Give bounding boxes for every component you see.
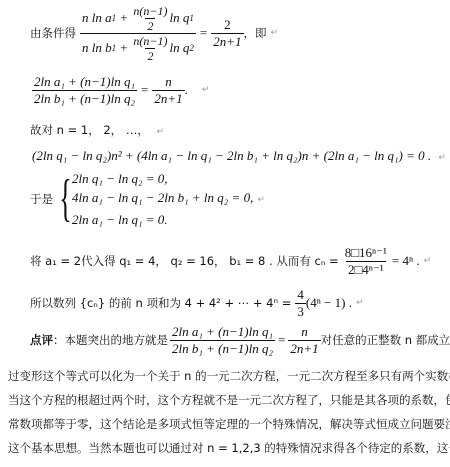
return-mark-icon: ↵ [157,127,165,137]
comment-paragraph-2: 当这个方程的根超过两个时，这个方程就不是一元二次方程了，只能是其各项的系数，包括 [8,392,450,408]
equation-quadratic: (2ln q₁ − ln q₂)n² + (4ln a₁ − ln q₁ − 2… [32,148,446,164]
left-brace-icon: { [59,173,71,225]
comment-paragraph-4: 这个基本思想。当然本题也可以通过对 n = 1,2,3 的特殊情况求得各个待定的… [8,440,450,456]
return-mark-icon: ↵ [202,85,210,95]
equation-system: 于是 { 2ln q₁ − ln q₂ = 0, 4ln a₁ − ln q₁ … [30,170,265,228]
comment-paragraph-3: 常数项都等于零，这个结论是多项式恒等定理的一个特殊情况，解决等式恒成立问题要注意 [8,416,450,432]
return-mark-icon: ↵ [424,256,432,266]
return-mark-icon: ↵ [356,298,364,308]
equation-substitution: 将 a₁ = 2代入得 q₁ = 4， q₂ = 16， b₁ = 8 . 从而… [30,243,431,279]
return-mark-icon: ↵ [271,28,279,38]
comment-heading-line: 点评 ：本题突出的地方就是 2ln a₁ + (n−1)ln q₁ 2ln b₁… [30,322,450,358]
text-for-n: 故对 n = 1， 2， …， ↵ [30,122,164,138]
equation-simplified: 2ln a₁ + (n−1)ln q₁ 2ln b₁ + (n−1)ln q₂ … [32,72,209,108]
equation-condition: 由条件得 n ln a1 + n(n−1)2 ln q1 n ln b1 + n… [30,4,278,62]
fraction-main: n ln a1 + n(n−1)2 ln q1 n ln b1 + n(n−1)… [80,4,196,63]
return-mark-icon: ↵ [257,195,265,205]
return-mark-icon: ↵ [438,153,446,163]
text-prefix: 由条件得 [30,25,76,41]
comment-paragraph-1: 过变形这个等式可以化为一个关于 n 的一元二次方程，一元二次方程至多只有两个实数… [8,368,450,384]
fraction-rhs: 2 2n+1 [211,17,243,50]
comment-label: 点评 [30,332,53,348]
equation-sum: 所以数列 {cₙ} 的前 n 项和为 4 + 4² + ⋯ + 4ⁿ = 4 3… [30,285,364,321]
